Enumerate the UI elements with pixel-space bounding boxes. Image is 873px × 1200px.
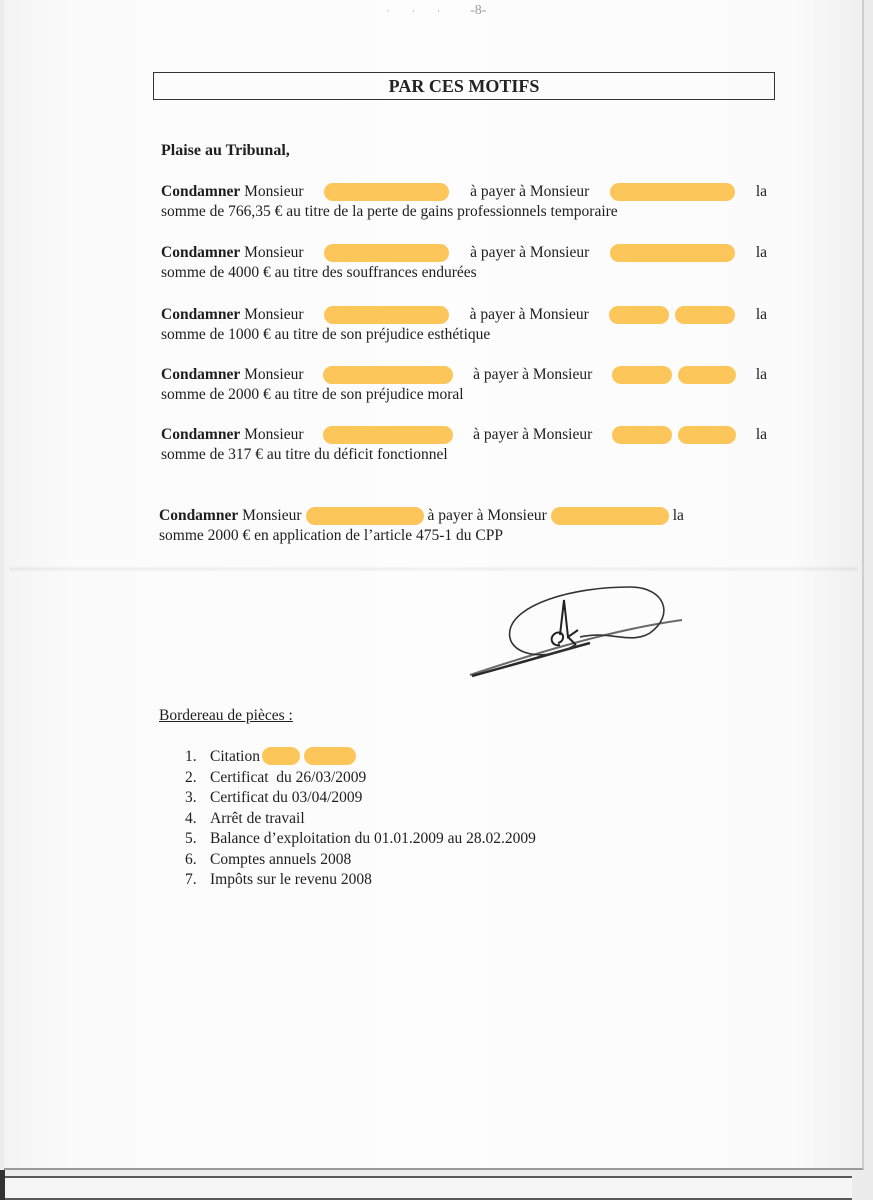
defendant-label: Monsieur: [244, 366, 303, 383]
redacted-defendant-name: [323, 366, 453, 384]
exhibit-label: Impôts sur le revenu 2008: [210, 870, 372, 891]
redacted-defendant-name: [324, 183, 449, 201]
exhibit-label: Certificat du 03/04/2009: [210, 788, 362, 809]
scanner-edge: [0, 1170, 5, 1200]
exhibit-label: Certificat du 26/03/2009: [210, 768, 366, 789]
exhibit-number: 7.: [185, 870, 210, 891]
order-amount-line: somme 2000 € en application de l’article…: [159, 526, 719, 546]
page-underneath-edge: [4, 1176, 852, 1200]
order-verb: Condamner: [161, 366, 240, 383]
order-line-end: la: [756, 182, 767, 202]
order-amount-line: somme de 2000 € au titre de son préjudic…: [161, 385, 767, 405]
redacted-payee-name: [612, 366, 736, 384]
exhibit-number: 3.: [185, 788, 210, 809]
redaction-part: [678, 366, 736, 384]
page-number-text: -8-: [470, 3, 486, 18]
redacted-payee-name: [609, 306, 735, 324]
exhibit-item: 2.Certificat du 26/03/2009: [185, 768, 536, 789]
redacted-defendant-name: [306, 507, 424, 525]
redaction-part: [612, 366, 672, 384]
section-title: PAR CES MOTIFS: [153, 72, 775, 100]
order-verb: Condamner: [161, 244, 240, 261]
defendant-label: Monsieur: [244, 426, 303, 443]
redaction-part: [678, 426, 736, 444]
exhibit-number: 4.: [185, 809, 210, 830]
exhibit-number: 2.: [185, 768, 210, 789]
order-line-end: la: [756, 365, 767, 385]
redaction-part: [612, 426, 672, 444]
payee-label: à payer à Monsieur: [473, 365, 592, 385]
scan-specks: · · ·: [387, 6, 451, 16]
redacted-defendant-name: [324, 244, 449, 262]
order-line-end: la: [756, 425, 767, 445]
payee-label: à payer à Monsieur: [470, 182, 589, 202]
order-amount-line: somme de 766,35 € au titre de la perte d…: [161, 202, 767, 222]
exhibits-list: 1.Citation 2.Certificat du 26/03/2009 3.…: [185, 747, 536, 891]
order-paragraph: Condamner Monsieur à payer à Monsieur la…: [161, 305, 767, 345]
order-paragraph: Condamner Monsieur à payer à Monsieur la…: [161, 425, 767, 465]
payee-label: à payer à Monsieur: [470, 243, 589, 263]
redacted-payee-name: [551, 507, 669, 525]
redacted-payee-name: [612, 426, 736, 444]
redaction-part: [609, 306, 669, 324]
redacted-citation-name: [262, 747, 356, 768]
payee-label: à payer à Monsieur: [473, 425, 592, 445]
exhibits-list-title: Bordereau de pièces :: [159, 707, 293, 725]
order-line-end: la: [756, 243, 767, 263]
greeting: Plaise au Tribunal,: [161, 142, 290, 160]
order-amount-line: somme de 4000 € au titre des souffrances…: [161, 263, 767, 283]
exhibit-label: Arrêt de travail: [210, 809, 305, 830]
redaction-part: [675, 306, 735, 324]
payee-label: à payer à Monsieur: [428, 506, 547, 526]
order-line-end: la: [756, 305, 767, 325]
order-verb: Condamner: [161, 426, 240, 443]
order-paragraph: Condamner Monsieur à payer à Monsieur la…: [161, 182, 767, 222]
order-verb: Condamner: [161, 306, 240, 323]
defendant-label: Monsieur: [244, 244, 303, 261]
redacted-payee-name: [610, 183, 735, 201]
exhibit-item: 4.Arrêt de travail: [185, 809, 536, 830]
defendant-label: Monsieur: [244, 306, 303, 323]
exhibit-item: 3.Certificat du 03/04/2009: [185, 788, 536, 809]
exhibit-label: Comptes annuels 2008: [210, 850, 351, 871]
exhibit-item: 7.Impôts sur le revenu 2008: [185, 870, 536, 891]
order-verb: Condamner: [159, 507, 238, 524]
paper-fold-line: [10, 566, 858, 572]
defendant-label: Monsieur: [244, 183, 303, 200]
order-verb: Condamner: [161, 183, 240, 200]
order-paragraph: Condamner Monsieur à payer à Monsieur la…: [161, 365, 767, 405]
exhibit-item: 6.Comptes annuels 2008: [185, 850, 536, 871]
exhibit-item: 1.Citation: [185, 747, 536, 768]
redacted-defendant-name: [323, 426, 453, 444]
redacted-payee-name: [610, 244, 735, 262]
exhibit-label: Balance d’exploitation du 01.01.2009 au …: [210, 829, 536, 850]
exhibit-item: 5.Balance d’exploitation du 01.01.2009 a…: [185, 829, 536, 850]
order-amount-line: somme de 1000 € au titre de son préjudic…: [161, 325, 767, 345]
order-paragraph: Condamner Monsieur à payer à Monsieur la…: [161, 243, 767, 283]
redaction-part: [304, 747, 356, 765]
order-line-end: la: [673, 506, 684, 526]
redacted-defendant-name: [324, 306, 449, 324]
exhibit-number: 6.: [185, 850, 210, 871]
order-amount-line: somme de 317 € au titre du déficit fonct…: [161, 445, 767, 465]
redaction-part: [262, 747, 300, 765]
defendant-label: Monsieur: [242, 507, 301, 524]
order-paragraph: Condamner Monsieur à payer à Monsieur la…: [159, 506, 719, 546]
exhibit-number: 5.: [185, 829, 210, 850]
exhibit-number: 1.: [185, 747, 210, 768]
signature-icon: [460, 575, 690, 685]
document-page: [4, 0, 864, 1170]
payee-label: à payer à Monsieur: [470, 305, 589, 325]
exhibit-label: Citation: [210, 747, 260, 768]
page-number: · · ·-8-: [0, 3, 873, 19]
